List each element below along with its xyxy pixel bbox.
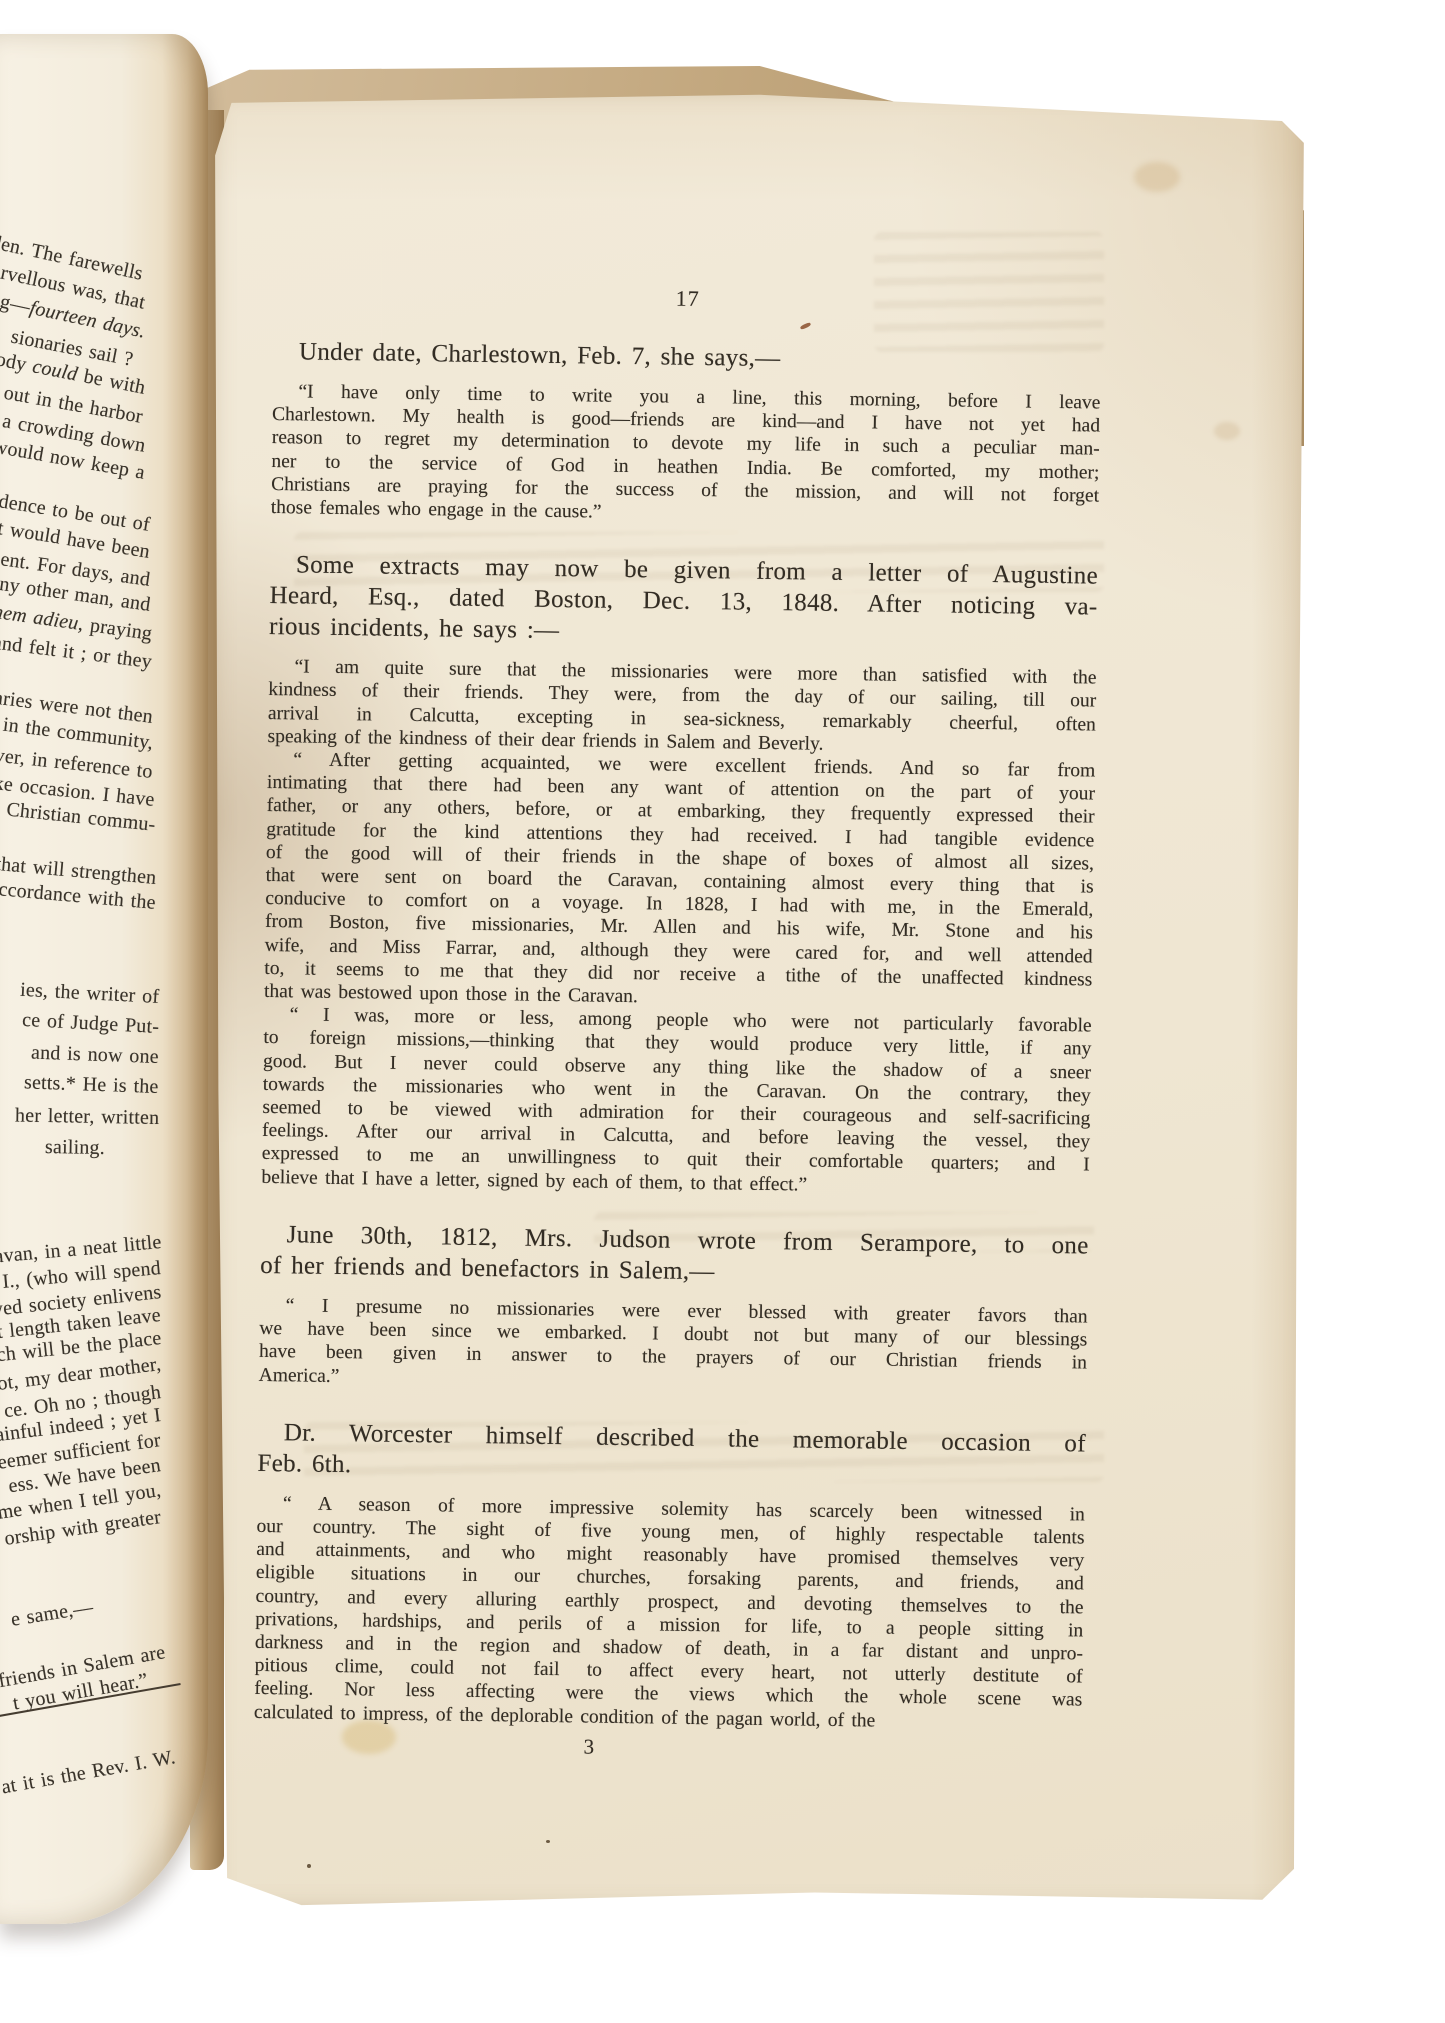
left-page-text-fragment: ies, the writer of	[19, 978, 159, 1009]
text: be with	[75, 364, 147, 399]
section-heading: Some extracts may now be given from a le…	[269, 549, 1098, 654]
page-sections: Under date, Charlestown, Feb. 7, she say…	[254, 336, 1101, 1735]
speck	[546, 1840, 550, 1843]
quote-paragraph: “ After getting acquainted, we were exce…	[264, 748, 1095, 1015]
text: her letter, written	[15, 1104, 160, 1129]
text: and is now one	[31, 1042, 160, 1068]
left-page-text-fragment: setts.* He is the	[24, 1070, 159, 1099]
left-page-text-fragment: her letter, written	[15, 1103, 160, 1130]
speck	[307, 1864, 311, 1868]
quote-paragraph: “ A season of more impressive solemity h…	[254, 1492, 1085, 1736]
quote-paragraph: “ I presume no missionaries were ever bl…	[259, 1294, 1088, 1398]
right-page-text-column: 17 Under date, Charlestown, Feb. 7, she …	[253, 280, 1102, 1766]
section-heading: Dr. Worcester himself described the memo…	[257, 1417, 1086, 1491]
quote-paragraph: “ I was, more or less, among people who …	[261, 1003, 1092, 1200]
quote-paragraph: “I have only time to write you a line, t…	[271, 380, 1101, 531]
foxing-spot	[1134, 162, 1180, 192]
left-page-text-fragment: e same,—	[9, 1595, 95, 1632]
text: , praying	[77, 613, 154, 645]
foxing-spot	[1214, 422, 1240, 440]
text-line: Under date, Charlestown, Feb. 7, she say…	[273, 336, 1101, 379]
text: ies, the writer of	[19, 979, 159, 1008]
text: setts.* He is the	[24, 1071, 159, 1098]
quote-paragraph: “I am quite sure that the missionaries w…	[267, 655, 1096, 759]
section-heading: June 30th, 1812, Mrs. Judson wrote from …	[260, 1219, 1089, 1293]
text: sailing.	[45, 1136, 105, 1159]
text: e same,—	[9, 1596, 94, 1631]
left-page: den. The farewellsmarvellous was, thatlo…	[0, 34, 208, 1924]
text: at it is the Rev. I. W.	[0, 1746, 177, 1798]
left-page-text-fragment: at it is the Rev. I. W.	[0, 1745, 177, 1799]
left-page-text-fragment: sailing.	[45, 1135, 105, 1160]
signature-mark: 3	[253, 1730, 1081, 1767]
left-page-text-fragment: and is now one	[31, 1041, 160, 1069]
open-book-photo: den. The farewellsmarvellous was, thatlo…	[0, 0, 1445, 2023]
text: ce of Judge Put-	[21, 1009, 159, 1038]
left-page-text-fragment: ce of Judge Put-	[21, 1008, 159, 1039]
right-page: 17 Under date, Charlestown, Feb. 7, she …	[214, 92, 1306, 1907]
section-heading: Under date, Charlestown, Feb. 7, she say…	[273, 336, 1101, 379]
